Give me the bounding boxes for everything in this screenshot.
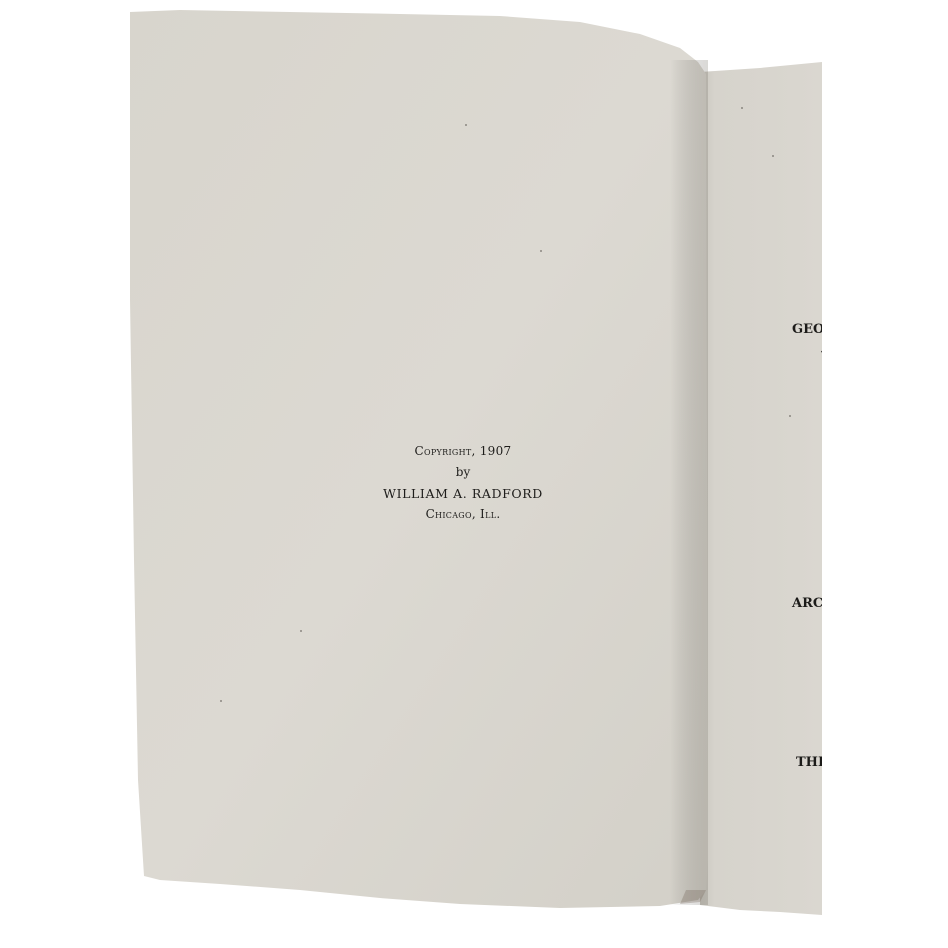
copyright-line: Copyright, 1907 bbox=[368, 441, 558, 462]
paper-speck bbox=[540, 250, 542, 252]
publisher-place: Chicago, Ill. bbox=[368, 504, 558, 525]
copyright-notice: Copyright, 1907 by WILLIAM A. RADFORD Ch… bbox=[368, 441, 558, 525]
paper-speck bbox=[220, 700, 222, 702]
book-photo: GEO · ARC THE bbox=[0, 0, 948, 948]
paper-speck bbox=[300, 630, 302, 632]
by-line: by bbox=[368, 462, 558, 483]
paper-speck bbox=[465, 124, 467, 126]
author-name: WILLIAM A. RADFORD bbox=[368, 483, 558, 504]
left-page: Copyright, 1907 by WILLIAM A. RADFORD Ch… bbox=[0, 0, 948, 948]
